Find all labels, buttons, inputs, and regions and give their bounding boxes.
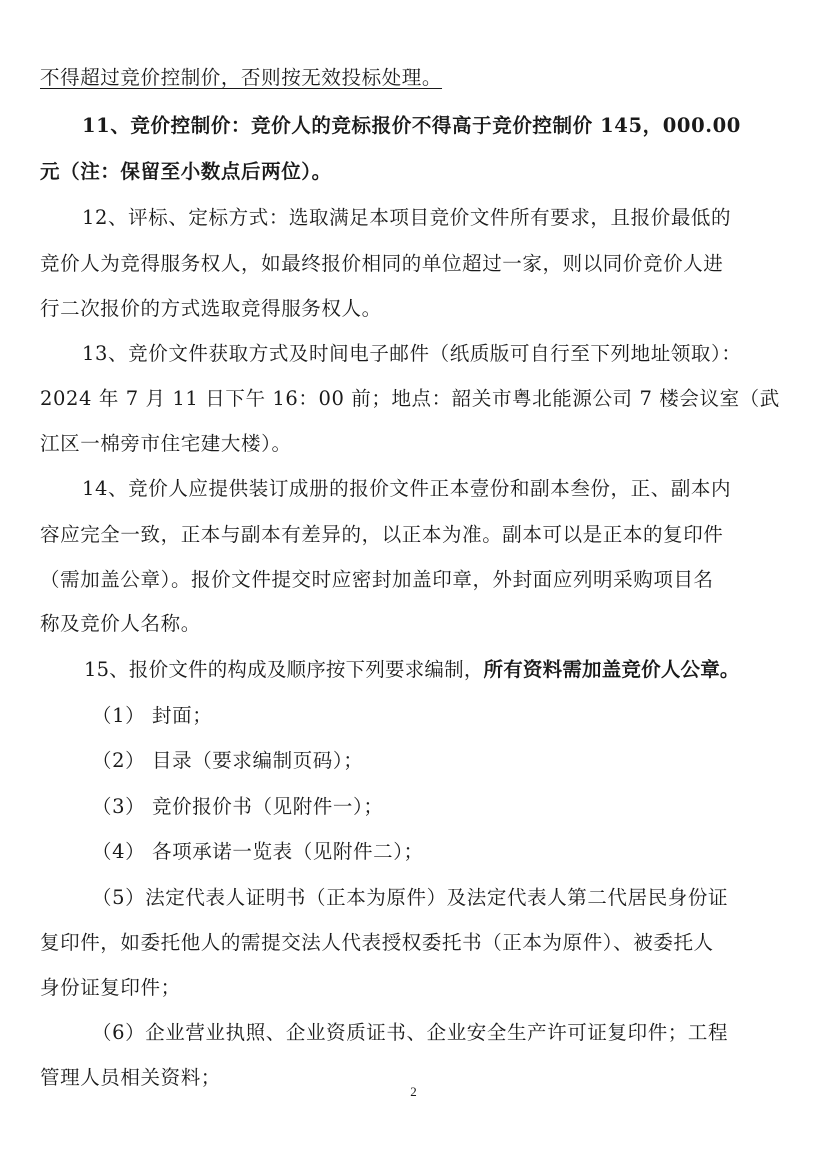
paragraph-14-line-3: （需加盖公章）。报价文件提交时应密封加盖印章，外封面应列明采购项目名 [40, 568, 790, 592]
paragraph-14-line-4: 称及竞价人名称。 [40, 612, 790, 636]
document-page: 不得超过竞价控制价，否则按无效投标处理。 11、竞价控制价：竞价人的竞标报价不得… [0, 0, 827, 1169]
list-item-5-line-2: 复印件，如委托他人的需提交法人代表授权委托书（正本为原件）、被委托人 [40, 931, 790, 955]
list-item-5-line-1: （5）法定代表人证明书（正本为原件）及法定代表人第二代居民身份证 [92, 886, 827, 910]
list-item-4: （4） 各项承诺一览表（见附件二）； [92, 840, 827, 864]
paragraph-13-line-1: 13、竞价文件获取方式及时间电子邮件（纸质版可自行至下列地址领取）： [82, 342, 827, 366]
paragraph-15-bold-text: 所有资料需加盖竞价人公章。 [484, 658, 740, 681]
paragraph-14-line-1: 14、竞价人应提供装订成册的报价文件正本壹份和副本叁份，正、副本内 [82, 477, 827, 501]
paragraph-15-text: 15、报价文件的构成及顺序按下列要求编制， [84, 658, 484, 681]
paragraph-12-line-3: 行二次报价的方式选取竞得服务权人。 [40, 297, 790, 321]
list-item-5-line-3: 身份证复印件； [40, 976, 790, 1000]
text-line-underlined: 不得超过竞价控制价，否则按无效投标处理。 [40, 66, 790, 90]
list-item-3: （3） 竞价报价书（见附件一）； [92, 795, 827, 819]
paragraph-12-line-2: 竞价人为竞得服务权人，如最终报价相同的单位超过一家，则以同价竞价人进 [40, 252, 790, 276]
paragraph-14-line-2: 容应完全一致，正本与副本有差异的，以正本为准。副本可以是正本的复印件 [40, 523, 790, 547]
paragraph-13-line-3: 江区一棉旁市住宅建大楼）。 [40, 432, 790, 456]
paragraph-11-line-1: 11、竞价控制价：竞价人的竞标报价不得高于竞价控制价 145，000.00 [82, 114, 827, 138]
paragraph-12-line-1: 12、评标、定标方式：选取满足本项目竞价文件所有要求，且报价最低的 [82, 206, 827, 230]
paragraph-11-line-2: 元（注：保留至小数点后两位）。 [40, 160, 790, 184]
list-item-1: （1） 封面； [92, 704, 827, 728]
list-item-6-line-1: （6）企业营业执照、企业资质证书、企业安全生产许可证复印件；工程 [92, 1021, 827, 1045]
paragraph-15-line-1: 15、报价文件的构成及顺序按下列要求编制，所有资料需加盖竞价人公章。 [84, 658, 827, 682]
page-number: 2 [0, 1084, 827, 1100]
paragraph-13-line-2: 2024 年 7 月 11 日下午 16：00 前；地点：韶关市粤北能源公司 7… [40, 387, 790, 411]
list-item-2: （2） 目录（要求编制页码）； [92, 749, 827, 773]
